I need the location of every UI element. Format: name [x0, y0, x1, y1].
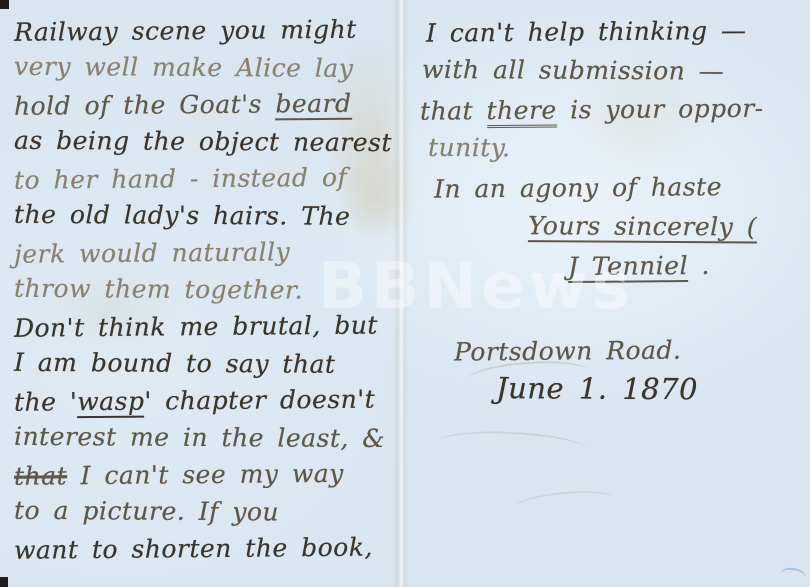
- handwriting-line: very well make Alice lay: [14, 48, 406, 87]
- handwriting-line: that I can't see my way: [14, 454, 406, 494]
- handwriting-line: as being the object nearest: [14, 122, 406, 161]
- text-segment: I can't see my way: [67, 459, 344, 490]
- text-segment: Don't think me brutal, but: [14, 311, 378, 343]
- handwriting-line: Railway scene you might: [14, 10, 406, 50]
- text-segment: to her hand - instead of: [14, 163, 347, 195]
- handwriting-line: want to shorten the book,: [14, 528, 406, 568]
- handwriting-line: I am bound to say that: [14, 344, 406, 383]
- handwriting-line: with all submission —: [422, 50, 808, 91]
- text-segment: want to shorten the book,: [14, 533, 373, 565]
- handwriting-line: that there is your oppor-: [420, 88, 808, 130]
- handwriting-line: interest me in the least, &: [14, 418, 406, 457]
- photo-corner-mark: [0, 0, 9, 9]
- underline-text: wasp: [77, 387, 144, 419]
- strike-text: that: [14, 461, 67, 490]
- handwriting-line: throw them together.: [14, 270, 406, 309]
- ink-showthrough-mark: [437, 428, 588, 464]
- text-segment: I am bound to say that: [14, 348, 336, 379]
- text-segment: the old lady's hairs. The: [14, 200, 350, 231]
- underline-text: J Tenniel: [568, 251, 688, 283]
- text-segment: as being the object nearest: [14, 126, 392, 157]
- right-page: I can't help thinking —with all submissi…: [420, 12, 808, 409]
- text-segment: I can't help thinking —: [426, 16, 747, 48]
- text-segment: jerk would naturally: [14, 237, 290, 268]
- handwriting-line: J Tenniel .: [568, 245, 808, 286]
- text-segment: Railway scene you might: [14, 15, 357, 47]
- handwriting-line: Yours sincerely (: [528, 206, 808, 247]
- text-segment: to a picture. If you: [14, 496, 279, 527]
- underline2-text: there: [486, 96, 556, 129]
- handwriting-line: jerk would naturally: [14, 232, 406, 272]
- handwriting-line: to her hand - instead of: [14, 158, 406, 198]
- blue-ink-mark: [779, 566, 807, 586]
- handwriting-line: to a picture. If you: [14, 492, 406, 531]
- text-segment: the ': [14, 387, 78, 417]
- handwriting-line: the 'wasp' chapter doesn't: [14, 380, 406, 420]
- left-page: Railway scene you mightvery well make Al…: [14, 12, 406, 567]
- handwriting-line: the old lady's hairs. The: [14, 196, 406, 235]
- text-segment: In an agony of haste: [434, 172, 722, 204]
- text-segment: ' chapter doesn't: [144, 385, 375, 416]
- text-segment: tunity.: [428, 133, 511, 163]
- text-segment: is your oppor-: [557, 94, 764, 125]
- handwriting-line: tunity.: [428, 128, 808, 169]
- underline-text: beard: [275, 89, 351, 121]
- photo-corner-mark: [0, 577, 8, 587]
- text-segment: .: [688, 251, 710, 280]
- letter-photograph: Railway scene you mightvery well make Al…: [0, 0, 810, 587]
- text-segment: throw them together.: [14, 274, 303, 305]
- text-segment: interest me in the least, &: [14, 422, 385, 453]
- underline-text: Yours sincerely (: [528, 211, 757, 243]
- ink-showthrough-mark: [514, 488, 616, 519]
- handwriting-line: I can't help thinking —: [426, 10, 808, 52]
- blank-space: [420, 285, 808, 331]
- text-segment: hold of the Goat's: [14, 89, 276, 120]
- handwriting-line: Don't think me brutal, but: [14, 306, 406, 346]
- text-segment: very well make Alice lay: [14, 52, 354, 83]
- text-segment: that: [420, 96, 487, 126]
- text-segment: with all submission —: [422, 55, 724, 86]
- handwriting-line: hold of the Goat's beard: [14, 84, 406, 124]
- handwriting-line: In an agony of haste: [434, 166, 808, 208]
